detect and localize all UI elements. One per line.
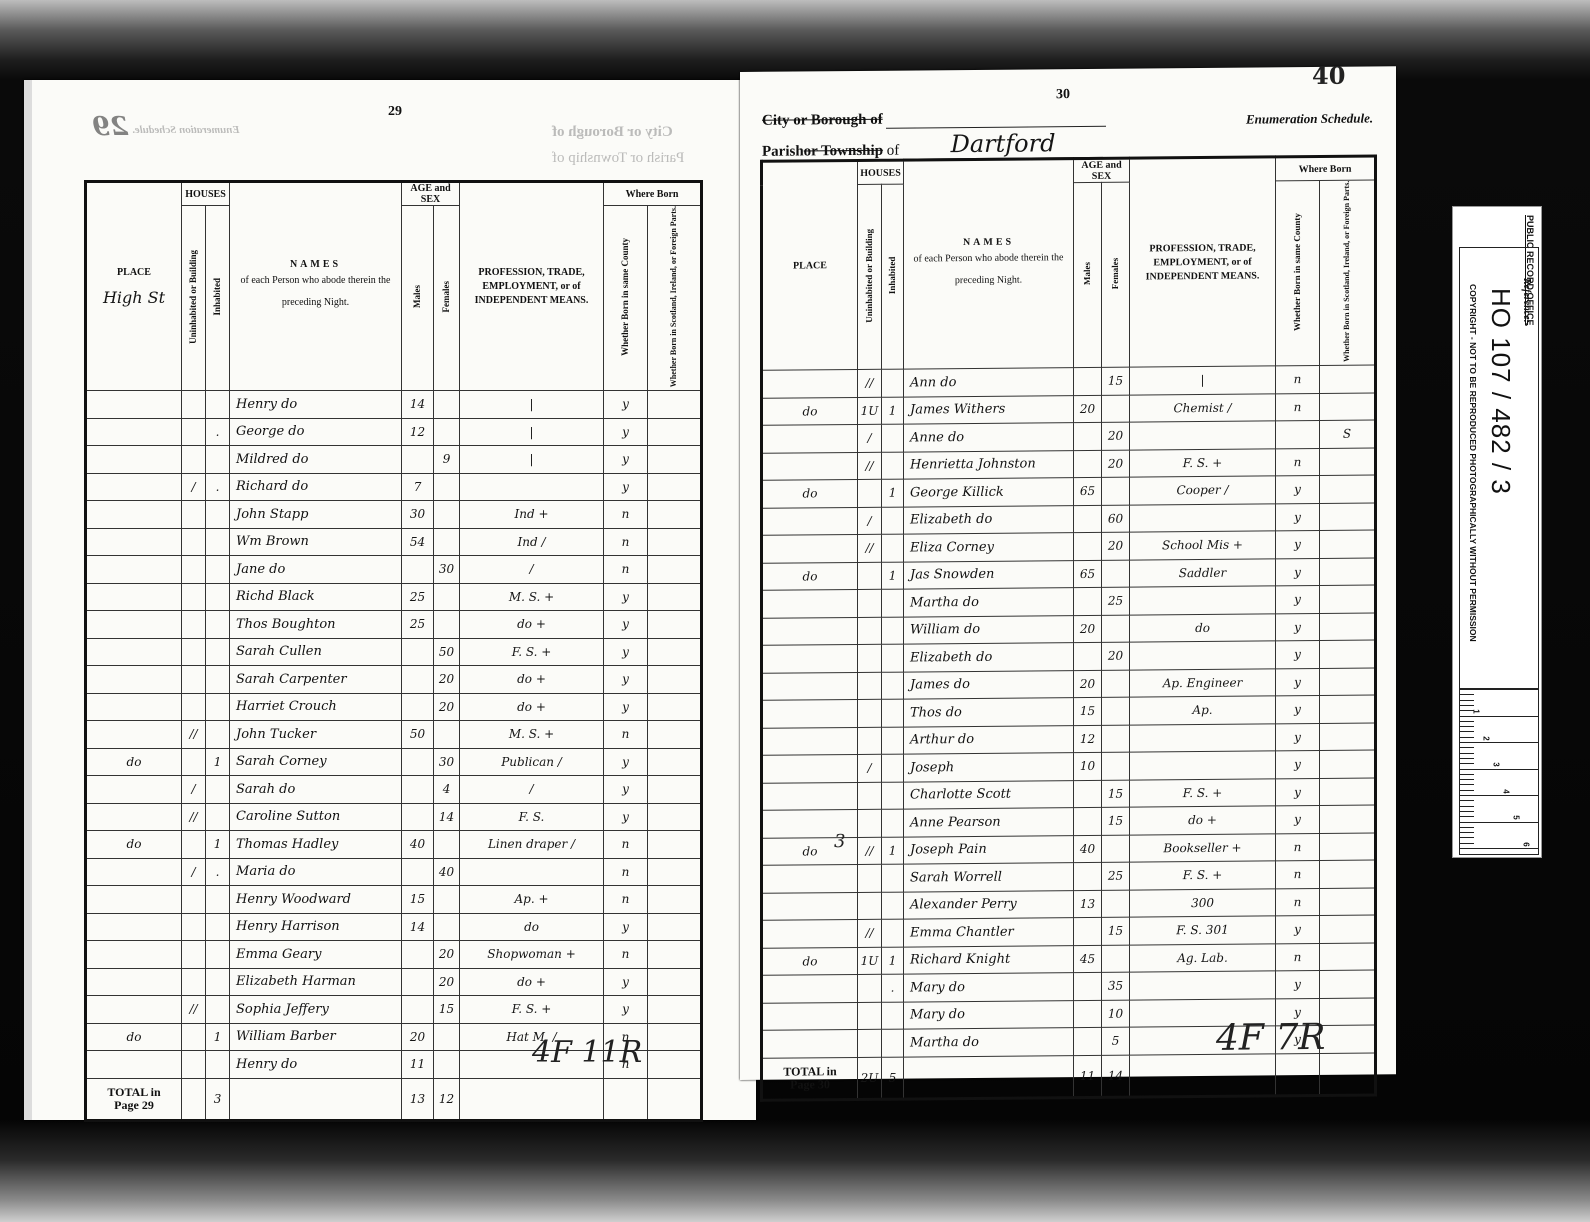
- census-row: Mildred do9|y: [86, 446, 702, 474]
- female-age-cell: 25: [1102, 587, 1130, 615]
- ruler-tick: [1460, 716, 1538, 717]
- inhabited-cell: [882, 369, 904, 397]
- inhabited-header: Inhabited: [888, 256, 897, 294]
- place-cell: [86, 803, 182, 831]
- female-age-cell: 40: [434, 858, 460, 886]
- foreign-born-header: Whether Born in Scotland, Ireland, or Fo…: [670, 206, 678, 387]
- inhabited-cell: [882, 589, 904, 617]
- female-age-cell: 15: [1102, 367, 1130, 395]
- total-uninhabited: 2U: [858, 1057, 882, 1099]
- uninhabited-cell: [858, 479, 882, 507]
- place-cell: [762, 425, 858, 453]
- foreign-born-cell: [1320, 943, 1376, 971]
- inhabited-cell: [882, 644, 904, 672]
- inhabited-cell: [882, 919, 904, 947]
- same-county-cell: y: [1276, 971, 1320, 999]
- same-county-cell: y: [604, 473, 648, 501]
- female-age-cell: 20: [1102, 450, 1130, 478]
- female-age-cell: 20: [434, 941, 460, 969]
- female-age-cell: [1102, 725, 1130, 753]
- name-cell: Henry Harrison: [230, 913, 402, 941]
- inhabited-cell: 1: [882, 397, 904, 425]
- name-cell: Richd Black: [230, 583, 402, 611]
- uninhabited-cell: [858, 589, 882, 617]
- uninhabited-cell: [182, 886, 206, 914]
- name-cell: Thomas Hadley: [230, 831, 402, 859]
- profession-cell: |: [460, 391, 604, 419]
- male-age-cell: 40: [402, 831, 434, 859]
- place-cell: [86, 473, 182, 501]
- uninhabited-cell: /: [182, 473, 206, 501]
- foreign-born-cell: [1320, 860, 1376, 888]
- houses-column-header: HOUSES: [858, 160, 904, 184]
- census-row: //Sophia Jeffery15F. S. +y: [86, 996, 702, 1024]
- inhabited-cell: [206, 666, 230, 694]
- profession-cell: F. S.: [460, 803, 604, 831]
- same-county-cell: y: [604, 638, 648, 666]
- uninhabited-cell: [182, 693, 206, 721]
- uninhabited-cell: [858, 1029, 882, 1057]
- place-cell: do: [762, 947, 858, 975]
- census-row: /.Richard do7y: [86, 473, 702, 501]
- foreign-born-cell: [648, 913, 702, 941]
- foreign-born-cell: [1320, 640, 1376, 668]
- foreign-born-cell: [1320, 998, 1376, 1026]
- female-age-cell: [1102, 890, 1130, 918]
- male-age-cell: [1074, 588, 1102, 616]
- inhabited-cell: [882, 892, 904, 920]
- uninhabited-cell: [858, 644, 882, 672]
- total-females: 12: [434, 1078, 460, 1120]
- census-row: Wm Brown54Ind /n: [86, 528, 702, 556]
- name-cell: Joseph: [904, 753, 1074, 782]
- female-age-cell: [1102, 615, 1130, 643]
- census-row: John Stapp30Ind +n: [86, 501, 702, 529]
- uninhabited-cell: //: [858, 837, 882, 865]
- same-county-cell: n: [1276, 888, 1320, 916]
- place-cell: [762, 920, 858, 948]
- inhabited-cell: [206, 886, 230, 914]
- same-county-cell: y: [1276, 806, 1320, 834]
- inhabited-cell: 1: [206, 831, 230, 859]
- place-cell: [762, 590, 858, 618]
- names-column-header: NAMES of each Person who abode therein t…: [230, 182, 402, 391]
- female-age-cell: [434, 418, 460, 446]
- profession-cell: [1130, 421, 1276, 450]
- inhabited-cell: [206, 803, 230, 831]
- inhabited-cell: .: [206, 473, 230, 501]
- female-age-cell: [434, 721, 460, 749]
- ruler-number: 6: [1522, 842, 1531, 846]
- male-age-cell: 40: [1074, 835, 1102, 863]
- female-age-cell: [434, 886, 460, 914]
- mirrored-schedule-text: Enumeration Schedule.: [132, 124, 240, 136]
- foreign-born-cell: [648, 501, 702, 529]
- place-cell: [86, 666, 182, 694]
- profession-cell: |: [460, 446, 604, 474]
- uninhabited-cell: [182, 556, 206, 584]
- ruler-tick: [1460, 721, 1474, 722]
- place-cell: [86, 638, 182, 666]
- uninhabited-cell: [182, 611, 206, 639]
- total-row: TOTAL inPage 29 3 13 12: [86, 1078, 702, 1120]
- same-county-cell: y: [1276, 586, 1320, 614]
- inhabited-cell: [206, 941, 230, 969]
- uninhabited-cell: /: [858, 507, 882, 535]
- male-age-cell: 45: [1074, 945, 1102, 973]
- inhabited-cell: [882, 534, 904, 562]
- foreign-born-cell: [648, 583, 702, 611]
- female-age-cell: [434, 831, 460, 859]
- place-cell: [86, 693, 182, 721]
- female-age-cell: 4: [434, 776, 460, 804]
- place-cell: [86, 941, 182, 969]
- foreign-born-cell: [648, 858, 702, 886]
- female-age-cell: [1102, 670, 1130, 698]
- inhabited-cell: [206, 1051, 230, 1079]
- foreign-born-cell: [1320, 530, 1376, 558]
- name-cell: Thos Boughton: [230, 611, 402, 639]
- place-cell: [86, 1051, 182, 1079]
- foreign-born-cell: [648, 831, 702, 859]
- male-age-cell: 25: [402, 583, 434, 611]
- female-age-cell: 5: [1102, 1027, 1130, 1055]
- total-row: TOTAL inPage 30 2U 5 11 14: [762, 1053, 1376, 1100]
- male-age-cell: [402, 693, 434, 721]
- ruler-tick: [1460, 790, 1474, 791]
- uninhabited-cell: [182, 666, 206, 694]
- female-age-cell: 60: [1102, 505, 1130, 533]
- right-census-page: 30 40 City or Borough of Parishor Townsh…: [740, 66, 1396, 1080]
- uninhabited-cell: /: [858, 754, 882, 782]
- ruler-tick: [1460, 795, 1538, 796]
- place-cell: [86, 721, 182, 749]
- same-county-cell: n: [604, 501, 648, 529]
- same-county-cell: n: [604, 721, 648, 749]
- inhabited-cell: [882, 1029, 904, 1057]
- same-county-cell: y: [604, 913, 648, 941]
- male-age-cell: 13: [1074, 890, 1102, 918]
- inhabited-cell: [206, 556, 230, 584]
- profession-cell: do +: [460, 693, 604, 721]
- foreign-born-cell: [1320, 448, 1376, 476]
- name-cell: Elizabeth do: [904, 643, 1074, 672]
- male-age-cell: [1074, 973, 1102, 1001]
- uninhabited-cell: //: [858, 452, 882, 480]
- profession-cell: Ind /: [460, 528, 604, 556]
- ruler-number: 5: [1512, 815, 1521, 819]
- reference-prefix: Reference:-: [1521, 278, 1532, 326]
- inhabited-cell: [882, 424, 904, 452]
- ruler-tick: [1460, 779, 1474, 780]
- profession-cell: F. S. +: [1130, 861, 1276, 890]
- name-cell: Henry do: [230, 391, 402, 419]
- males-header: Males: [1083, 262, 1092, 285]
- profession-cell: do +: [460, 611, 604, 639]
- profession-cell: |: [1130, 366, 1276, 395]
- ruler-tick: [1460, 705, 1474, 706]
- male-age-cell: [1074, 1000, 1102, 1028]
- female-age-cell: [1102, 560, 1130, 588]
- foreign-born-cell: [648, 528, 702, 556]
- census-row: Henry do14|y: [86, 391, 702, 419]
- foreign-born-cell: [648, 473, 702, 501]
- female-age-cell: [1102, 752, 1130, 780]
- male-age-cell: [402, 996, 434, 1024]
- inhabited-cell: [206, 501, 230, 529]
- ruler-tick: [1460, 742, 1538, 743]
- foreign-born-cell: [648, 1051, 702, 1079]
- place-cell: [762, 700, 858, 728]
- ruler-number: 1: [1472, 709, 1481, 713]
- foreign-born-cell: [648, 721, 702, 749]
- female-age-cell: [434, 391, 460, 419]
- city-borough-line: City or Borough of: [762, 109, 1106, 130]
- place-cell: [762, 370, 858, 398]
- foreign-born-cell: [648, 693, 702, 721]
- female-age-cell: 9: [434, 446, 460, 474]
- same-county-cell: y: [1276, 558, 1320, 586]
- mirrored-city-borough-text: City or Borough of: [552, 124, 673, 141]
- male-age-cell: [1074, 1028, 1102, 1056]
- same-county-cell: y: [604, 583, 648, 611]
- profession-cell: M. S. +: [460, 721, 604, 749]
- census-row: .George do12|y: [86, 418, 702, 446]
- foreign-born-cell: [648, 391, 702, 419]
- ruler-tick: [1460, 811, 1474, 812]
- age-sex-column-header: AGE and SEX: [402, 182, 460, 206]
- female-age-cell: 14: [434, 803, 460, 831]
- place-cell: [762, 535, 858, 563]
- name-cell: Thos do: [904, 698, 1074, 727]
- profession-cell: /: [460, 556, 604, 584]
- profession-cell: 300: [1130, 889, 1276, 918]
- uninhabited-cell: [858, 892, 882, 920]
- foreign-born-cell: [1320, 365, 1376, 393]
- uninhabited-cell: [858, 974, 882, 1002]
- female-age-cell: [434, 611, 460, 639]
- male-age-cell: [1074, 863, 1102, 891]
- foreign-born-cell: [648, 776, 702, 804]
- total-females: 14: [1102, 1055, 1130, 1097]
- inhabited-cell: [882, 672, 904, 700]
- profession-cell: Saddler: [1130, 559, 1276, 588]
- census-row: Jane do30/n: [86, 556, 702, 584]
- female-age-cell: 15: [434, 996, 460, 1024]
- uninhabited-cell: /: [858, 424, 882, 452]
- same-county-cell: n: [604, 941, 648, 969]
- inhabited-cell: [206, 638, 230, 666]
- names-column-header: NAMES of each Person who abode therein t…: [904, 159, 1074, 370]
- total-males: 11: [1074, 1055, 1102, 1097]
- inhabited-cell: [206, 996, 230, 1024]
- female-age-cell: 35: [1102, 972, 1130, 1000]
- same-county-cell: y: [604, 776, 648, 804]
- uninhabited-cell: [182, 418, 206, 446]
- ruler-tick: [1460, 747, 1474, 748]
- place-cell: [86, 391, 182, 419]
- male-age-cell: [402, 803, 434, 831]
- profession-cell: do: [460, 913, 604, 941]
- census-row: Henry Woodward15Ap. +n: [86, 886, 702, 914]
- foreign-born-cell: S: [1320, 420, 1376, 448]
- ruler-tick: [1460, 832, 1474, 833]
- inhabited-cell: 1: [206, 748, 230, 776]
- same-county-cell: y: [604, 446, 648, 474]
- houses-column-header: HOUSES: [182, 182, 230, 206]
- inhabited-cell: 1: [882, 837, 904, 865]
- ruler-tick: [1460, 837, 1474, 838]
- male-age-cell: [402, 556, 434, 584]
- female-age-cell: [1102, 395, 1130, 423]
- name-cell: Henrietta Johnston: [904, 450, 1074, 479]
- name-cell: George Killick: [904, 478, 1074, 507]
- ruler-tick: [1460, 827, 1474, 828]
- place-cell: do: [86, 748, 182, 776]
- foreign-born-cell: [1320, 888, 1376, 916]
- name-cell: Harriet Crouch: [230, 693, 402, 721]
- male-age-cell: 65: [1074, 560, 1102, 588]
- place-column-header: PLACE: [762, 160, 858, 370]
- name-cell: Martha do: [904, 588, 1074, 617]
- copyright-notice: COPYRIGHT - NOT TO BE REPRODUCED PHOTOGR…: [1468, 284, 1478, 642]
- census-row: //John Tucker50M. S. +n: [86, 721, 702, 749]
- place-cell: [762, 672, 858, 700]
- male-age-cell: 12: [402, 418, 434, 446]
- place-cell: [86, 583, 182, 611]
- place-cell: [762, 975, 858, 1003]
- profession-cell: |: [460, 418, 604, 446]
- name-cell: Arthur do: [904, 725, 1074, 754]
- name-cell: Mildred do: [230, 446, 402, 474]
- place-cell: [762, 645, 858, 673]
- foreign-born-cell: [1320, 558, 1376, 586]
- profession-cell: Ind +: [460, 501, 604, 529]
- name-cell: Alexander Perry: [904, 890, 1074, 919]
- inhabited-cell: [206, 583, 230, 611]
- male-age-cell: [402, 638, 434, 666]
- profession-cell: Ap. Engineer: [1130, 669, 1276, 698]
- total-males: 13: [402, 1078, 434, 1120]
- foreign-born-cell: [648, 886, 702, 914]
- uninhabited-cell: [182, 446, 206, 474]
- name-cell: Martha do: [904, 1028, 1074, 1057]
- inhabited-cell: [206, 913, 230, 941]
- uninhabited-cell: 1U: [858, 947, 882, 975]
- folio-number: 29: [92, 112, 128, 142]
- uninhabited-cell: //: [858, 369, 882, 397]
- ruler-tick: [1460, 769, 1538, 770]
- profession-cell: Ag. Lab.: [1130, 944, 1276, 973]
- name-cell: Joseph Pain: [904, 835, 1074, 864]
- name-cell: William do: [904, 615, 1074, 644]
- same-county-cell: [1276, 421, 1320, 449]
- inhabited-cell: [882, 699, 904, 727]
- inhabited-cell: 1: [882, 562, 904, 590]
- name-cell: Sarah Carpenter: [230, 666, 402, 694]
- name-cell: Richard Knight: [904, 945, 1074, 974]
- left-census-page: 29 29 Enumeration Schedule. City or Boro…: [24, 80, 756, 1120]
- uninhabited-cell: //: [182, 996, 206, 1024]
- male-age-cell: [402, 666, 434, 694]
- female-age-cell: 15: [1102, 780, 1130, 808]
- enumeration-schedule-label: Enumeration Schedule.: [1246, 110, 1373, 127]
- name-cell: Maria do: [230, 858, 402, 886]
- foreign-born-header: Whether Born in Scotland, Ireland, or Fo…: [1343, 181, 1351, 362]
- inhabited-cell: [206, 968, 230, 996]
- male-age-cell: 65: [1074, 478, 1102, 506]
- ruler-tick: [1460, 689, 1538, 690]
- place-cell: [762, 507, 858, 535]
- uninhabited-cell: [182, 583, 206, 611]
- inhabited-cell: .: [206, 418, 230, 446]
- profession-cell: Ap.: [1130, 696, 1276, 725]
- place-cell: do: [762, 480, 858, 508]
- same-county-cell: n: [1276, 943, 1320, 971]
- male-age-cell: [1074, 423, 1102, 451]
- female-age-cell: 20: [434, 968, 460, 996]
- name-cell: John Tucker: [230, 721, 402, 749]
- census-row: Emma Geary20Shopwoman +n: [86, 941, 702, 969]
- census-row: Sarah Cullen50F. S. +y: [86, 638, 702, 666]
- inhabited-cell: [882, 754, 904, 782]
- name-cell: Anne do: [904, 423, 1074, 452]
- name-cell: George do: [230, 418, 402, 446]
- female-age-cell: 20: [1102, 422, 1130, 450]
- page-number: 29: [388, 104, 402, 120]
- profession-cell: [1130, 504, 1276, 533]
- foreign-born-cell: [648, 638, 702, 666]
- foreign-born-cell: [1320, 503, 1376, 531]
- foreign-born-cell: [1320, 723, 1376, 751]
- place-cell: [86, 418, 182, 446]
- male-age-cell: [1074, 505, 1102, 533]
- uninhabited-cell: 1U: [858, 397, 882, 425]
- male-age-cell: 30: [402, 501, 434, 529]
- place-cell: [86, 996, 182, 1024]
- uninhabited-cell: [858, 727, 882, 755]
- male-age-cell: [1074, 533, 1102, 561]
- same-county-cell: y: [604, 391, 648, 419]
- same-county-cell: y: [1276, 641, 1320, 669]
- foreign-born-cell: [1320, 475, 1376, 503]
- male-age-cell: [402, 776, 434, 804]
- uninhabited-cell: [858, 699, 882, 727]
- same-county-cell: n: [604, 556, 648, 584]
- males-header: Males: [413, 285, 422, 308]
- place-cell: [86, 968, 182, 996]
- page-number: 30: [1056, 87, 1070, 103]
- foreign-born-cell: [648, 996, 702, 1024]
- female-age-cell: 15: [1102, 917, 1130, 945]
- place-cell: [86, 446, 182, 474]
- male-age-cell: 15: [1074, 698, 1102, 726]
- male-age-cell: 10: [1074, 753, 1102, 781]
- census-table-page-29: PLACE High St HOUSES NAMES of each Perso…: [84, 180, 703, 1122]
- uninhabited-cell: //: [858, 534, 882, 562]
- female-age-cell: [434, 583, 460, 611]
- ruler-number: 4: [1502, 789, 1511, 793]
- place-cell: [86, 886, 182, 914]
- profession-cell: [460, 858, 604, 886]
- profession-cell: Cooper /: [1130, 476, 1276, 505]
- inhabited-cell: [882, 864, 904, 892]
- male-age-cell: [402, 446, 434, 474]
- same-county-cell: y: [1276, 476, 1320, 504]
- inhabited-cell: [882, 507, 904, 535]
- male-age-cell: [1074, 643, 1102, 671]
- male-age-cell: 20: [1074, 615, 1102, 643]
